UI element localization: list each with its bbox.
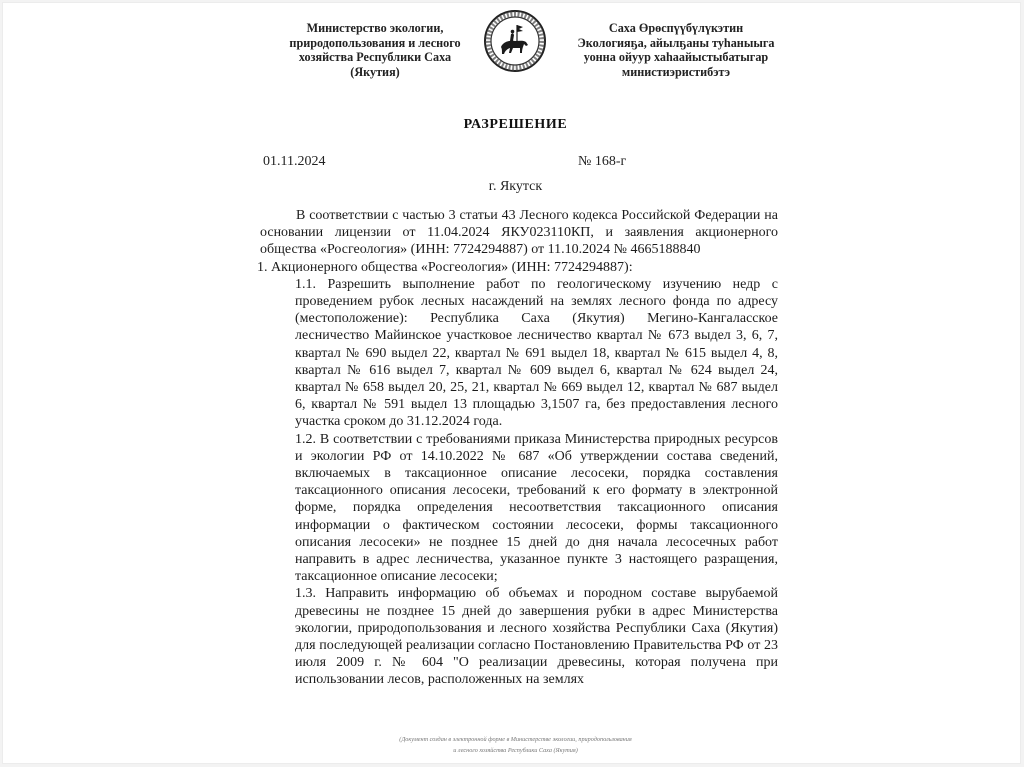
ministry-sakha-line: уонна ойуур хаһаайыстыбатыгар [571,50,781,65]
ministry-sakha-line: Экологияҕа, айылҕаны туһаныыга [571,36,781,51]
ministry-ru-line: хозяйства Республики Саха (Якутия) [275,50,475,79]
ministry-ru-line: Министерство экологии, [275,21,475,36]
document-date: 01.11.2024 [263,154,325,170]
ministry-name-sakha: Саха Өрөспүүбүлүкэтин Экологияҕа, айылҕа… [571,21,781,79]
footer-line: и лесного хозяйства Республики Саха (Яку… [253,745,778,756]
document-title: РАЗРЕШЕНИЕ [253,117,778,133]
item-1-1: 1.1. Разрешить выполнение работ по геоло… [253,276,778,431]
ministry-sakha-line: министиэристибэтэ [571,65,781,80]
document-number: № 168-г [578,154,626,170]
item-1: 1. Акционерного общества «Росгеология» (… [253,259,778,276]
intro-paragraph: В соответствии с частью 3 статьи 43 Лесн… [253,207,778,259]
item-1-3: 1.3. Направить информацию об объемах и п… [253,585,778,688]
coat-of-arms-sakha-icon [483,9,547,73]
slide-page: Министерство экологии, природопользовани… [2,2,1021,764]
electronic-document-note: (Документ создан в электронной форме в М… [253,734,778,756]
item-1-2: 1.2. В соответствии с требованиями прика… [253,431,778,586]
ministry-sakha-line: Саха Өрөспүүбүлүкэтин [571,21,781,36]
document-body: В соответствии с частью 3 статьи 43 Лесн… [253,207,778,689]
document-page: Министерство экологии, природопользовани… [253,3,778,767]
ministry-ru-line: природопользования и лесного [275,36,475,51]
footer-line: (Документ создан в электронной форме в М… [253,734,778,745]
document-city: г. Якутск [253,179,778,195]
ministry-name-russian: Министерство экологии, природопользовани… [275,21,475,79]
